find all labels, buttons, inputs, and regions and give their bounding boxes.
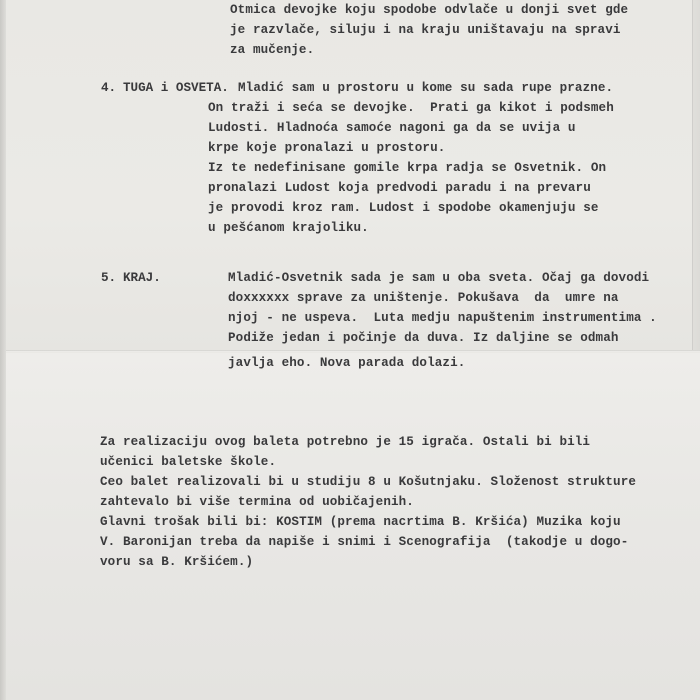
section-5-title: KRAJ. <box>123 270 161 286</box>
section-5-line: doxxxxxx sprave za uništenje. Pokušava d… <box>228 290 619 306</box>
closing-line: zahtevalo bi više termina od uobičajenih… <box>100 494 414 510</box>
closing-line: Za realizaciju ovog baleta potrebno je 1… <box>100 434 590 450</box>
closing-line: Glavni trošak bili bi: KOSTIM (prema nac… <box>100 514 621 530</box>
section-4-title: TUGA i OSVETA. <box>123 80 229 96</box>
section-4-line: u pešćanom krajoliku. <box>208 220 369 236</box>
section-4-line: pronalazi Ludost koja predvodi paradu i … <box>208 180 591 196</box>
section-5-line: javlja eho. Nova parada dolazi. <box>228 355 465 371</box>
section-4-line: Iz te nedefinisane gomile krpa radja se … <box>208 160 606 176</box>
closing-line: voru sa B. Kršićem.) <box>100 554 253 570</box>
section-5-line: Mladić-Osvetnik sada je sam u oba sveta.… <box>228 270 649 286</box>
section-5-line: njoj - ne uspeva. Luta medju napuštenim … <box>228 310 657 326</box>
section-4-line: krpe koje pronalazi u prostoru. <box>208 140 445 156</box>
closing-line: učenici baletske škole. <box>100 454 276 470</box>
intro-line: je razvlače, siluju i na kraju uništavaj… <box>230 22 621 38</box>
closing-line: Ceo balet realizovali bi u studiju 8 u K… <box>100 474 636 490</box>
section-5-number: 5. <box>101 270 116 286</box>
intro-line: Otmica devojke koju spodobe odvlače u do… <box>230 2 628 18</box>
section-4-line: On traži i seća se devojke. Prati ga kik… <box>208 100 614 116</box>
intro-line: za mučenje. <box>230 42 314 58</box>
section-4-line: je provodi kroz ram. Ludost i spodobe ok… <box>208 200 599 216</box>
closing-line: V. Baronijan treba da napiše i snimi i S… <box>100 534 628 550</box>
section-4-number: 4. <box>101 80 116 96</box>
section-4-line: Ludosti. Hladnoća samoće nagoni ga da se… <box>208 120 576 136</box>
section-5-line: Podiže jedan i počinje da duva. Iz dalji… <box>228 330 619 346</box>
paper-left-edge <box>0 0 6 700</box>
section-4-line: Mladić sam u prostoru u kome su sada rup… <box>238 80 613 96</box>
typewritten-page: Otmica devojke koju spodobe odvlače u do… <box>0 0 700 700</box>
